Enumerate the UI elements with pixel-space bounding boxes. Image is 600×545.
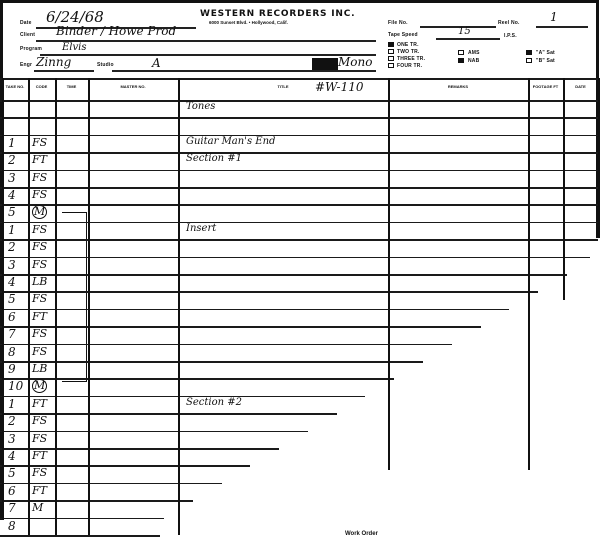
take-code: FT — [32, 449, 47, 462]
take-range-bracket — [62, 212, 87, 382]
circled-take-marker: M — [32, 205, 47, 219]
reel-no-value: 1 — [550, 10, 558, 24]
tape-speed-label: Tape Speed — [388, 32, 418, 38]
track-four-label: FOUR TR. — [397, 63, 422, 69]
row-rule — [0, 274, 567, 276]
take-number: 4 — [8, 188, 16, 202]
circled-take-marker: M — [32, 379, 47, 393]
column-header-take: TAKE NO. — [2, 84, 28, 89]
program-label: Program — [20, 46, 42, 52]
take-code: FS — [32, 223, 47, 236]
column-rule — [178, 78, 180, 535]
take-code: FS — [32, 327, 47, 340]
side-a-checkbox[interactable] — [526, 50, 532, 55]
mode-value: Mono — [338, 55, 372, 69]
track-four-checkbox[interactable] — [388, 63, 394, 68]
take-code: FT — [32, 153, 47, 166]
date-label: Date — [20, 20, 32, 26]
take-number: 3 — [8, 258, 16, 272]
take-code: FS — [32, 466, 47, 479]
take-number: 6 — [8, 310, 16, 324]
song-title: Guitar Man's End — [186, 136, 275, 147]
format-nab-label: NAB — [468, 58, 479, 64]
take-number: 8 — [8, 345, 16, 359]
client-label: Client — [20, 32, 35, 38]
song-title: Section #1 — [186, 153, 242, 164]
take-code: FS — [32, 136, 47, 149]
song-title: Section #2 — [186, 397, 242, 408]
take-number: 7 — [8, 501, 16, 515]
studio-label: Studio — [97, 62, 114, 68]
take-number: 9 — [8, 362, 16, 376]
take-code: FS — [32, 432, 47, 445]
take-number: 10 — [8, 379, 23, 393]
take-number: 2 — [8, 153, 16, 167]
studio-rule — [112, 70, 376, 72]
column-header-master: MASTER NO. — [88, 84, 178, 89]
column-rule — [563, 78, 565, 300]
reel-no-rule — [536, 26, 588, 28]
studio-value: A — [152, 56, 161, 70]
reel-no-label: Reel No. — [498, 20, 520, 26]
take-number: 8 — [8, 519, 16, 533]
column-header-footage: FOOTAGE FT — [528, 84, 563, 89]
column-rule — [28, 78, 30, 535]
take-number: 3 — [8, 171, 16, 185]
take-code: LB — [32, 275, 47, 288]
track-two-label: TWO TR. — [397, 49, 420, 55]
take-code: FS — [32, 345, 47, 358]
format-nab-checkbox[interactable] — [458, 58, 464, 63]
format-ams-checkbox[interactable] — [458, 50, 464, 55]
row-rule — [0, 518, 164, 520]
track-three-label: THREE TR. — [397, 56, 425, 62]
take-code: LB — [32, 362, 47, 375]
redacted-mark — [312, 58, 338, 70]
take-code: FS — [32, 292, 47, 305]
format-ams-label: AMS — [468, 50, 480, 56]
take-code: FS — [32, 240, 47, 253]
footer-label: Work Order — [345, 531, 378, 537]
recording-session-sheet: WESTERN RECORDERS INC. 6000 Sunset Blvd.… — [0, 0, 600, 545]
column-header-code: CODE — [28, 84, 55, 89]
column-header-title: TITLE — [178, 84, 388, 89]
take-number: 7 — [8, 327, 16, 341]
track-one-checkbox[interactable] — [388, 42, 394, 47]
take-code: FS — [32, 258, 47, 271]
take-number: 5 — [8, 466, 16, 480]
row-rule — [0, 413, 337, 415]
company-address: 6000 Sunset Blvd. • Hollywood, Calif. — [209, 20, 288, 25]
side-b-checkbox[interactable] — [526, 58, 532, 63]
take-number: 1 — [8, 223, 16, 237]
take-number: 1 — [8, 397, 16, 411]
take-code: M — [32, 379, 47, 393]
program-value: Elvis — [62, 42, 86, 53]
column-header-date: DATE — [563, 84, 598, 89]
track-one-label: ONE TR. — [397, 42, 419, 48]
take-number: 2 — [8, 240, 16, 254]
company-name: WESTERN RECORDERS INC. — [200, 9, 355, 19]
column-rule — [528, 78, 530, 470]
engineer-value: Zinng — [36, 55, 71, 69]
take-number: 4 — [8, 275, 16, 289]
row-rule — [0, 361, 423, 363]
file-no-label: File No. — [388, 20, 408, 26]
take-number: 1 — [8, 136, 16, 150]
column-rule — [88, 78, 90, 535]
take-code: FS — [32, 414, 47, 427]
client-value: Binder / Howe Prod — [56, 24, 176, 38]
ips-label: I.P.S. — [504, 33, 517, 39]
side-b-label: "B" Sat — [536, 58, 555, 64]
take-code: FT — [32, 484, 47, 497]
column-header-time: TIME — [55, 84, 88, 89]
take-number: 5 — [8, 292, 16, 306]
take-number: 4 — [8, 449, 16, 463]
song-title: Insert — [186, 223, 216, 234]
track-three-checkbox[interactable] — [388, 56, 394, 61]
row-rule — [0, 309, 509, 311]
engineer-rule — [34, 70, 94, 72]
side-a-label: "A" Sat — [536, 50, 555, 56]
row-rule — [0, 344, 452, 346]
take-number: 5 — [8, 205, 16, 219]
column-rule — [388, 78, 390, 470]
sheet-border-top — [0, 0, 598, 3]
take-code: FS — [32, 171, 47, 184]
engineer-label: Engr — [20, 62, 32, 68]
take-number: 2 — [8, 414, 16, 428]
take-code: FT — [32, 397, 47, 410]
client-rule — [36, 40, 376, 42]
row-rule — [0, 326, 481, 328]
tape-speed-rule — [436, 38, 500, 40]
tape-speed-value: 15 — [458, 26, 471, 37]
take-number: 6 — [8, 484, 16, 498]
column-header-remarks: REMARKS — [388, 84, 528, 89]
take-code: M — [32, 205, 47, 219]
take-code: FT — [32, 310, 47, 323]
column-rule — [2, 78, 4, 520]
take-number: 3 — [8, 432, 16, 446]
program-rule — [40, 54, 376, 56]
take-code: FS — [32, 188, 47, 201]
row-rule — [0, 291, 538, 293]
row-rule — [0, 535, 160, 537]
song-title: Tones — [186, 101, 215, 112]
track-two-checkbox[interactable] — [388, 49, 394, 54]
take-code: M — [32, 501, 43, 514]
column-rule — [55, 78, 57, 535]
row-rule — [0, 378, 394, 380]
